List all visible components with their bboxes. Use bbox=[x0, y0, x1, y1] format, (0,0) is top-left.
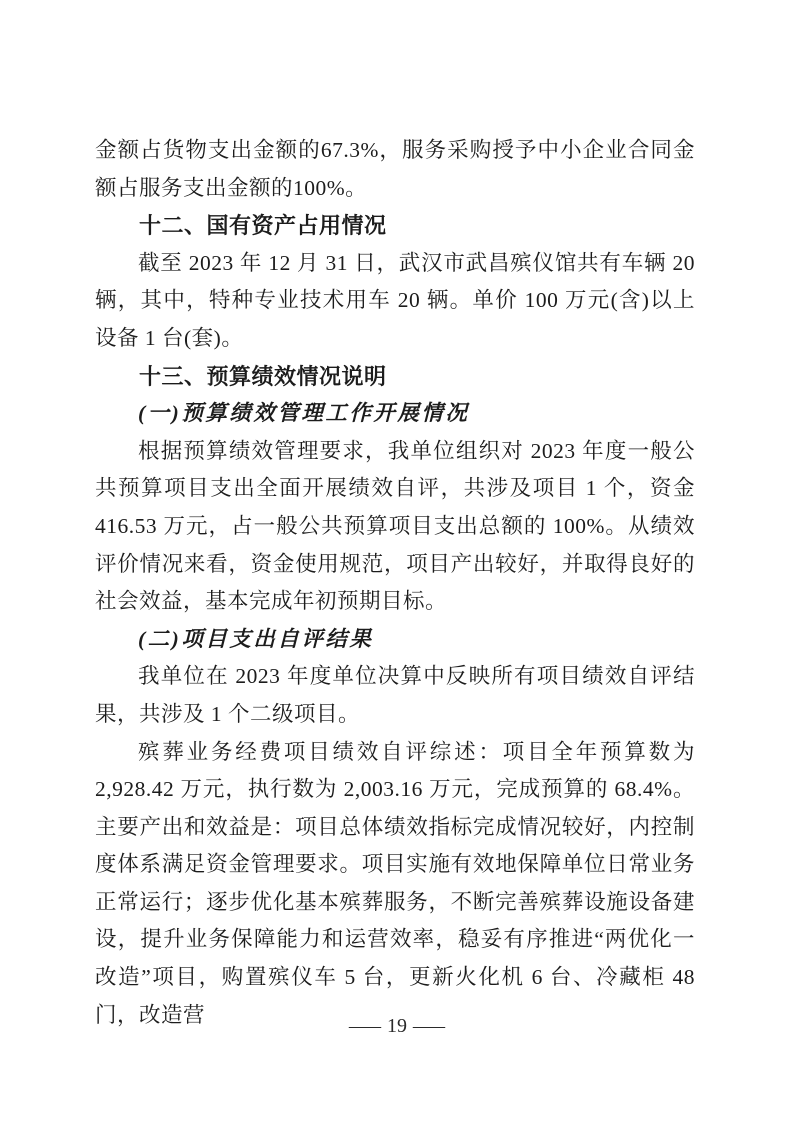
document-page: 金额占货物支出金额的67.3%，服务采购授予中小企业合同金额占服务支出金额的10… bbox=[0, 0, 794, 1123]
sub-heading-project-expenditure-result: (二)项目支出自评结果 bbox=[95, 621, 695, 659]
paragraph-procurement-share: 金额占货物支出金额的67.3%，服务采购授予中小企业合同金额占服务支出金额的10… bbox=[95, 132, 695, 207]
paragraph-funeral-project-summary: 殡葬业务经费项目绩效自评综述：项目全年预算数为 2,928.42 万元，执行数为… bbox=[95, 734, 695, 1035]
section-heading-budget-performance: 十三、预算绩效情况说明 bbox=[95, 358, 695, 396]
paragraph-self-evaluation-overview: 根据预算绩效管理要求，我单位组织对 2023 年度一般公共预算项目支出全面开展绩… bbox=[95, 433, 695, 621]
paragraph-final-accounts-projects: 我单位在 2023 年度单位决算中反映所有项目绩效自评结果，共涉及 1 个二级项… bbox=[95, 658, 695, 733]
section-heading-state-assets: 十二、国有资产占用情况 bbox=[95, 207, 695, 245]
document-content: 金额占货物支出金额的67.3%，服务采购授予中小企业合同金额占服务支出金额的10… bbox=[95, 132, 695, 1034]
sub-heading-performance-management: (一)预算绩效管理工作开展情况 bbox=[95, 395, 695, 433]
page-number: 19 bbox=[387, 1015, 407, 1037]
footer-left-dash: — bbox=[349, 1012, 381, 1040]
footer-right-dash: — bbox=[413, 1012, 445, 1040]
paragraph-vehicles-equipment: 截至 2023 年 12 月 31 日，武汉市武昌殡仪馆共有车辆 20 辆，其中… bbox=[95, 245, 695, 358]
page-footer: —19— bbox=[0, 1012, 794, 1040]
